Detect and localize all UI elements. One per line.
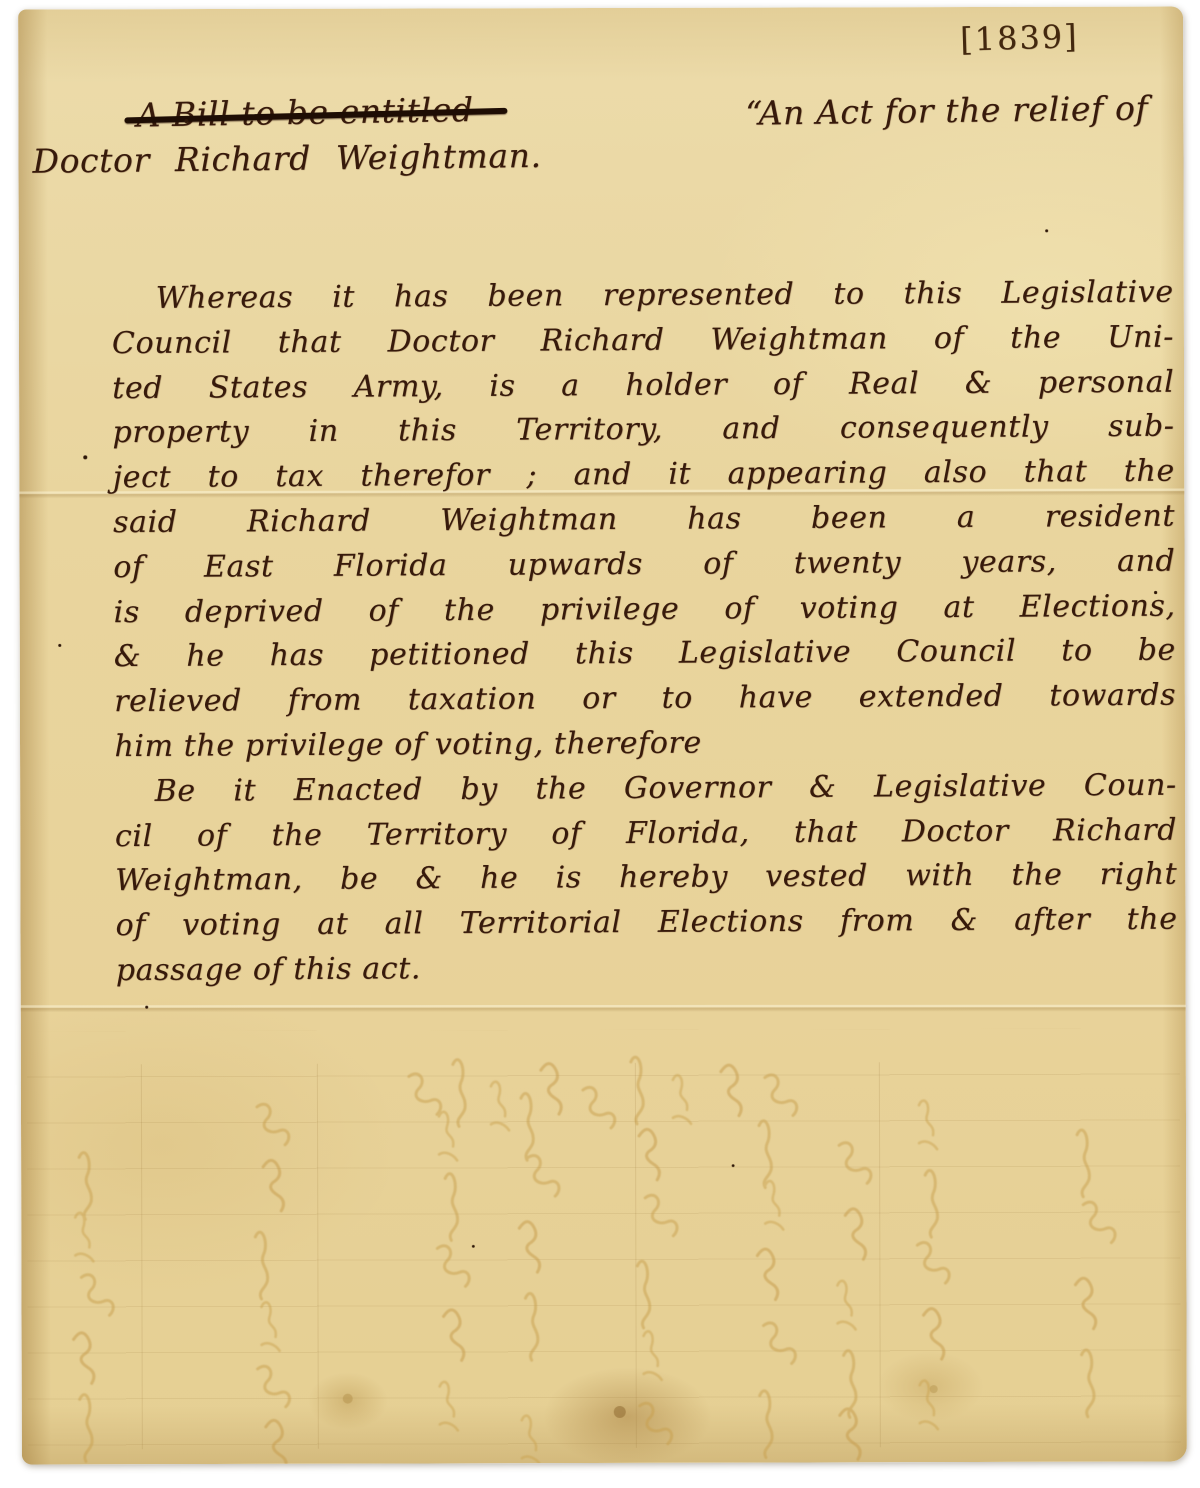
struck-out-text: A Bill to be entitled — [136, 90, 474, 135]
body-text: Whereas it has been represented to this … — [112, 271, 1178, 994]
year-annotation: [1839] — [960, 17, 1079, 58]
foxing-spots — [343, 1385, 938, 1419]
manuscript-line: cil of the Territory of Florida, that Do… — [115, 808, 1177, 859]
manuscript-line: him the privilege of voting, therefore — [114, 719, 1176, 770]
manuscript-line: passage of this act. — [116, 943, 1178, 994]
ledger-column-rule — [317, 1064, 319, 1449]
ledger-column-rule — [141, 1064, 143, 1449]
manuscript-line: property in this Territory, and conseque… — [112, 405, 1174, 456]
manuscript-line: relieved from taxation or to have extend… — [114, 674, 1176, 725]
fold-crease-lower — [21, 1005, 1186, 1013]
manuscript-line: said Richard Weightman has been a reside… — [113, 495, 1175, 546]
manuscript-line: of voting at all Territorial Elections f… — [115, 898, 1177, 949]
manuscript-line: Weightman, be & he is hereby vested with… — [115, 853, 1177, 904]
title-line: A Bill to be entitled “An Act for the re… — [136, 91, 1148, 133]
ledger-ruling — [27, 1028, 1181, 1451]
manuscript-line: ject to tax therefor ; and it appearing … — [113, 450, 1175, 501]
scanned-document-page: [1839] A Bill to be entitled “An Act for… — [0, 0, 1200, 1488]
ledger-column-rule — [879, 1062, 881, 1447]
manuscript-line: Be it Enacted by the Governor & Legislat… — [115, 763, 1177, 814]
manuscript-line: Whereas it has been represented to this … — [112, 271, 1174, 322]
manuscript-paper: [1839] A Bill to be entitled “An Act for… — [18, 6, 1187, 1464]
manuscript-line: & he has petitioned this Legislative Cou… — [114, 629, 1176, 680]
manuscript-line: is deprived of the privilege of voting a… — [113, 584, 1175, 635]
manuscript-line: ted States Army, is a holder of Real & p… — [112, 360, 1174, 411]
act-title-text: “An Act for the relief of — [745, 88, 1148, 132]
ghost-handwriting — [73, 1056, 1116, 1465]
ledger-column-rule — [635, 1063, 637, 1448]
manuscript-line: of East Florida upwards of twenty years,… — [113, 539, 1175, 590]
title-line-2: Doctor Richard Weightman. — [32, 136, 541, 181]
manuscript-line: Council that Doctor Richard Weightman of… — [112, 315, 1174, 366]
